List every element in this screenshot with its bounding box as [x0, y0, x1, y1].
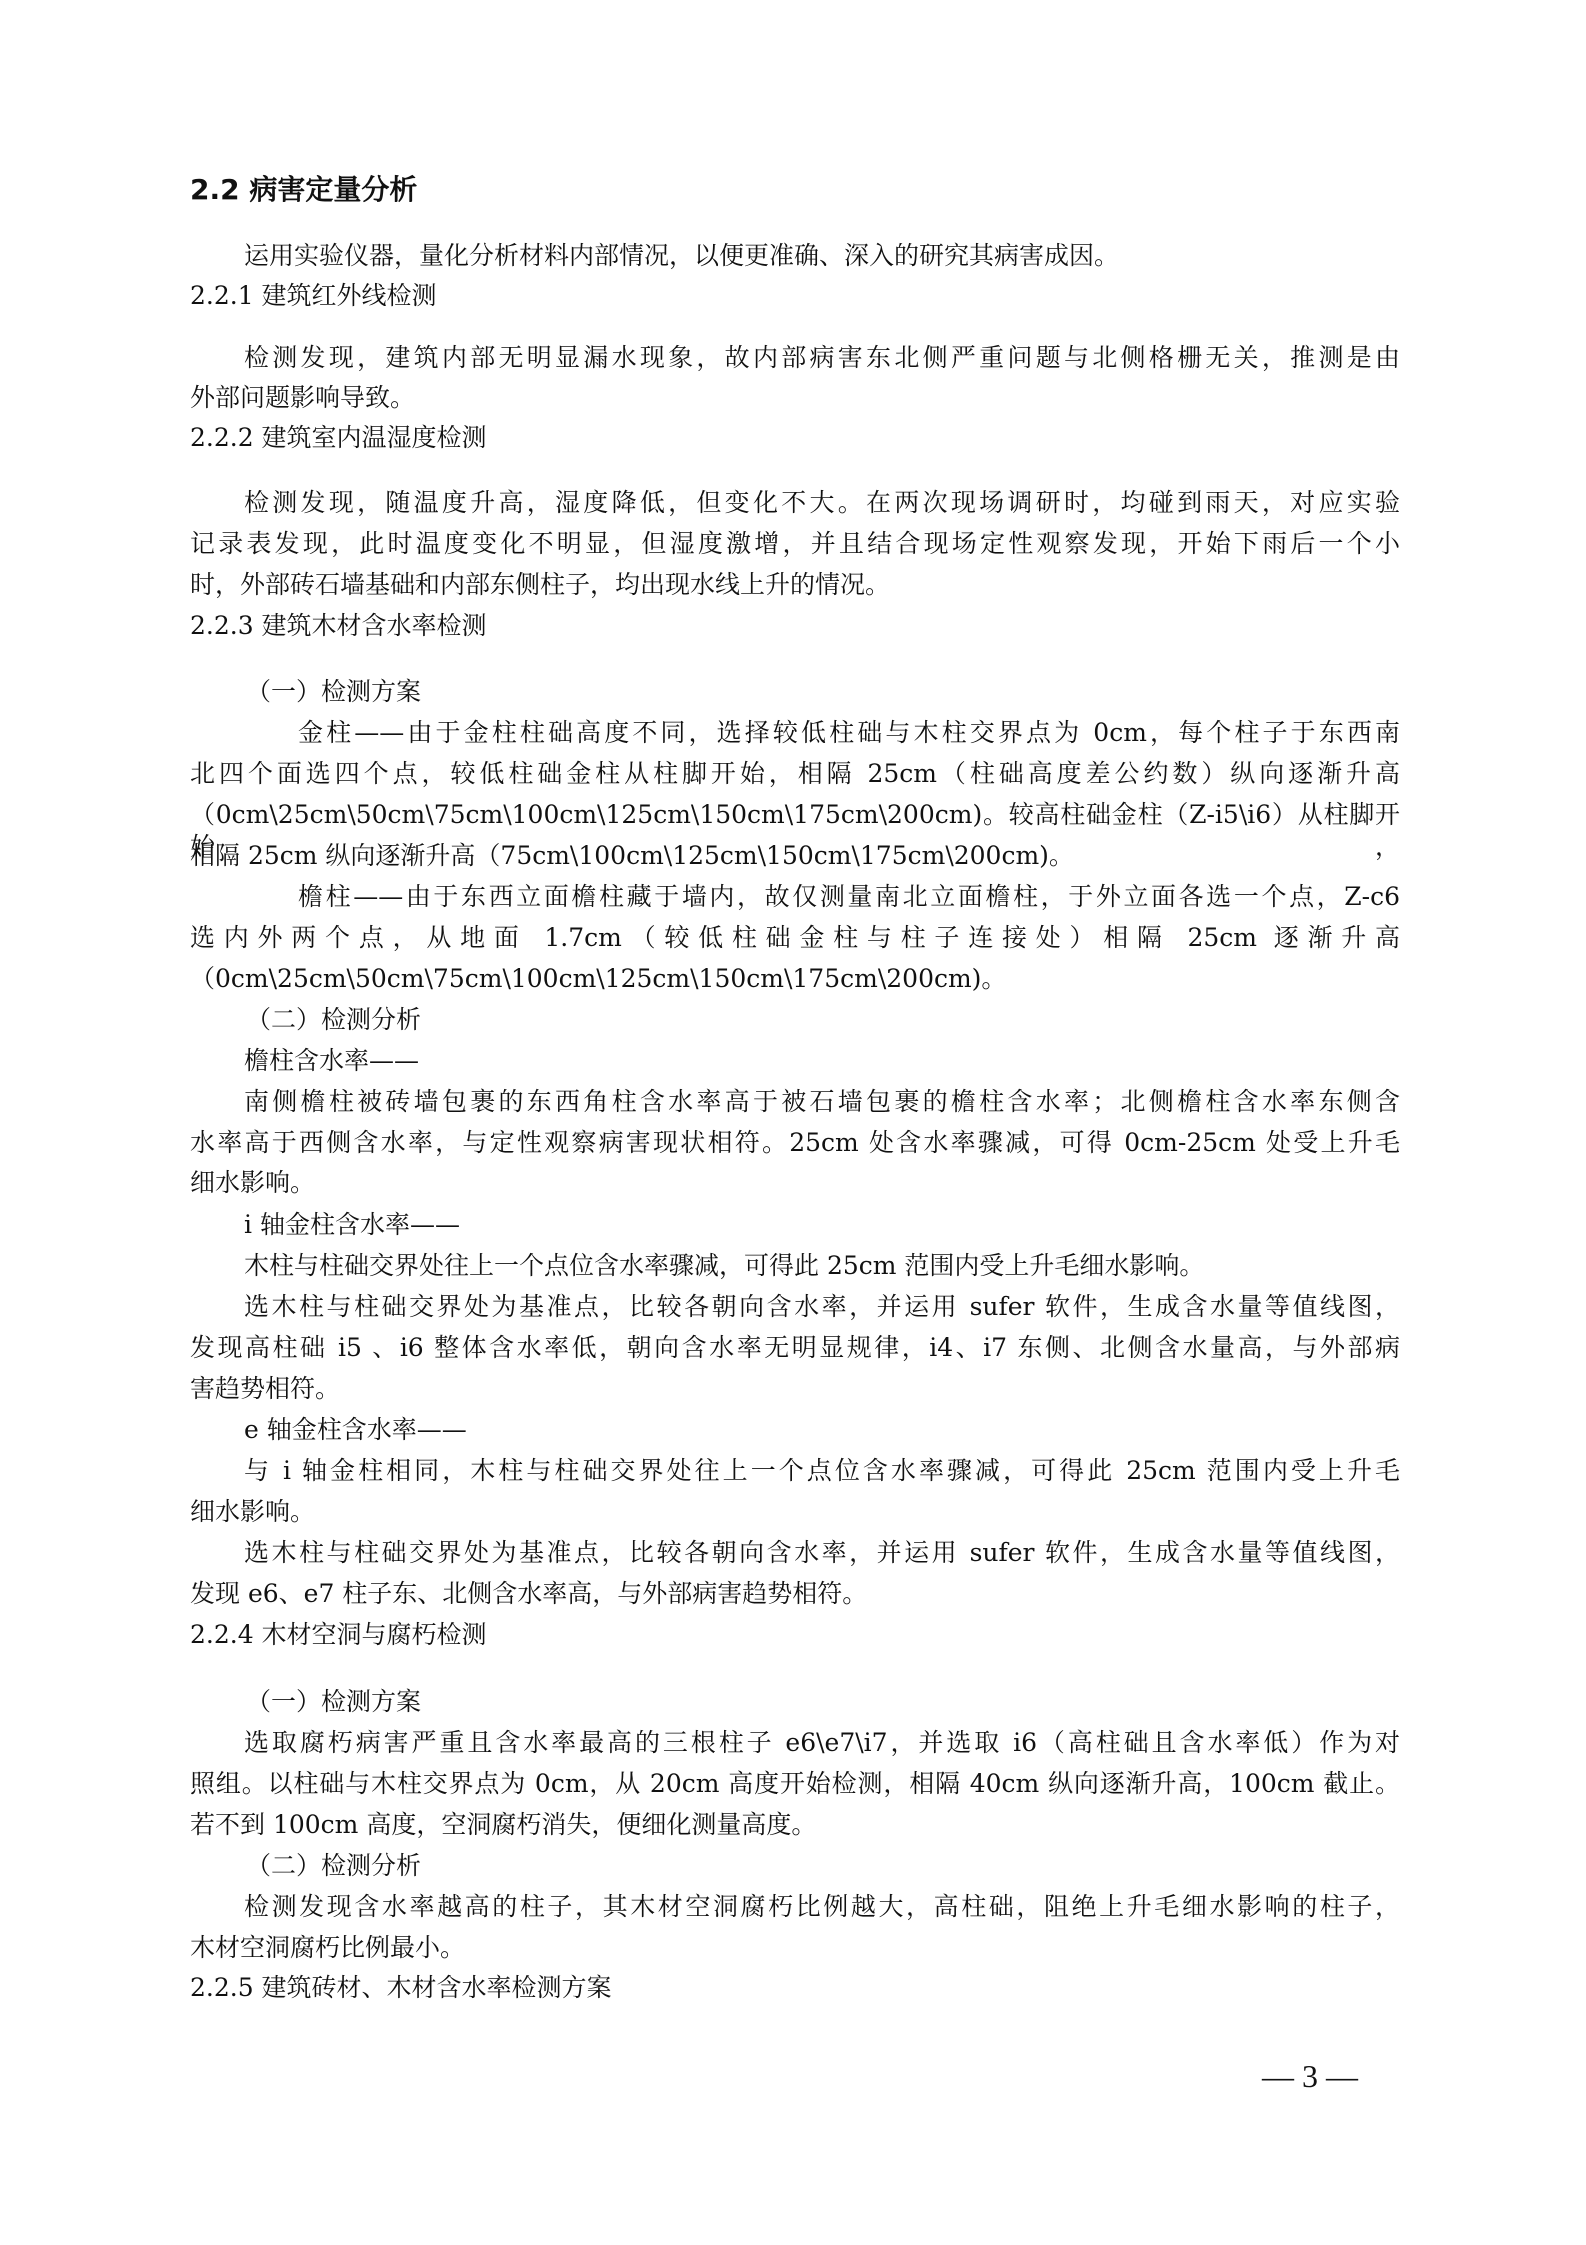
plan-heading: （一）检测方案 [190, 1686, 1456, 1718]
paragraph-line: 细水影响。 [190, 1496, 1400, 1528]
paragraph-line: 检测发现，随温度升高，湿度降低，但变化不大。在两次现场调研时，均碰到雨天，对应实… [190, 487, 1400, 519]
subsection-heading-2-2-4: 2.2.4 木材空洞与腐朽检测 [190, 1619, 1400, 1651]
section-intro: 运用实验仪器，量化分析材料内部情况，以便更准确、深入的研究其病害成因。 [190, 240, 1400, 272]
analysis-heading: （二）检测分析 [190, 1004, 1456, 1036]
plan-heading: （一）检测方案 [190, 676, 1456, 708]
paragraph-line: 细水影响。 [190, 1167, 1400, 1199]
subsection-heading-2-2-3: 2.2.3 建筑木材含水率检测 [190, 610, 1400, 642]
paragraph-line: 南侧檐柱被砖墙包裹的东西角柱含水率高于被石墙包裹的檐柱含水率；北侧檐柱含水率东侧… [190, 1086, 1400, 1118]
section-heading: 2.2 病害定量分析 [190, 172, 1400, 208]
paragraph-line: 相隔 25cm 纵向逐渐升高（75cm\100cm\125cm\150cm\17… [190, 840, 1400, 872]
paragraph-line: 检测发现含水率越高的柱子，其木材空洞腐朽比例越大，高柱础，阻绝上升毛细水影响的柱… [190, 1891, 1400, 1923]
paragraph-line: 发现 e6、e7 柱子东、北侧含水率高，与外部病害趋势相符。 [190, 1578, 1400, 1610]
paragraph-line: 害趋势相符。 [190, 1373, 1400, 1405]
paragraph-line: 照组。以柱础与木柱交界点为 0cm，从 20cm 高度开始检测，相隔 40cm … [190, 1768, 1400, 1800]
paragraph-line: 检测发现，建筑内部无明显漏水现象，故内部病害东北侧严重问题与北侧格栅无关，推测是… [190, 342, 1400, 374]
paragraph-line: i 轴金柱含水率—— [190, 1209, 1400, 1241]
subsection-heading-2-2-2: 2.2.2 建筑室内温湿度检测 [190, 422, 1400, 454]
paragraph-line: （0cm\25cm\50cm\75cm\100cm\125cm\150cm\17… [190, 963, 1400, 995]
paragraph-line: 选取腐朽病害严重且含水率最高的三根柱子 e6\e7\i7，并选取 i6（高柱础且… [190, 1727, 1400, 1759]
paragraph-line: 若不到 100cm 高度，空洞腐朽消失，便细化测量高度。 [190, 1809, 1400, 1841]
analysis-heading: （二）检测分析 [190, 1850, 1456, 1882]
paragraph-line: 选木柱与柱础交界处为基准点，比较各朝向含水率，并运用 sufer 软件，生成含水… [190, 1291, 1400, 1323]
paragraph-line: 北四个面选四个点，较低柱础金柱从柱脚开始，相隔 25cm（柱础高度差公约数）纵向… [190, 758, 1400, 790]
paragraph-line: 选内外两个点，从地面 1.7cm（较低柱础金柱与柱子连接处）相隔 25cm 逐渐… [190, 922, 1400, 954]
paragraph-line: 与 i 轴金柱相同，木柱与柱础交界处往上一个点位含水率骤减，可得此 25cm 范… [190, 1455, 1400, 1487]
subsection-heading-2-2-5: 2.2.5 建筑砖材、木材含水率检测方案 [190, 1972, 1400, 2004]
paragraph-line: 木柱与柱础交界处往上一个点位含水率骤减，可得此 25cm 范围内受上升毛细水影响… [190, 1250, 1400, 1282]
subsection-heading-2-2-1: 2.2.1 建筑红外线检测 [190, 280, 1400, 312]
document-page: 2.2 病害定量分析 运用实验仪器，量化分析材料内部情况，以便更准确、深入的研究… [0, 0, 1586, 2245]
paragraph-line: 金柱——由于金柱柱础高度不同，选择较低柱础与木柱交界点为 0cm，每个柱子于东西… [190, 717, 1400, 749]
paragraph-line: 檐柱含水率—— [190, 1045, 1400, 1077]
paragraph-line: e 轴金柱含水率—— [190, 1414, 1400, 1446]
paragraph-line: 选木柱与柱础交界处为基准点，比较各朝向含水率，并运用 sufer 软件，生成含水… [190, 1537, 1400, 1569]
paragraph-line: 檐柱——由于东西立面檐柱藏于墙内，故仅测量南北立面檐柱，于外立面各选一个点，Z-… [190, 881, 1400, 913]
paragraph-line: 记录表发现，此时温度变化不明显，但湿度激增，并且结合现场定性观察发现，开始下雨后… [190, 528, 1400, 560]
paragraph-line: 水率高于西侧含水率，与定性观察病害现状相符。25cm 处含水率骤减，可得 0cm… [190, 1127, 1400, 1159]
paragraph-line: 发现高柱础 i5 、i6 整体含水率低，朝向含水率无明显规律，i4、i7 东侧、… [190, 1332, 1400, 1364]
paragraph-line: 木材空洞腐朽比例最小。 [190, 1932, 1400, 1964]
page-number: — 3 — [1262, 2058, 1358, 2095]
paragraph-line: 外部问题影响导致。 [190, 382, 1400, 414]
paragraph-line: 时，外部砖石墙基础和内部东侧柱子，均出现水线上升的情况。 [190, 569, 1400, 601]
